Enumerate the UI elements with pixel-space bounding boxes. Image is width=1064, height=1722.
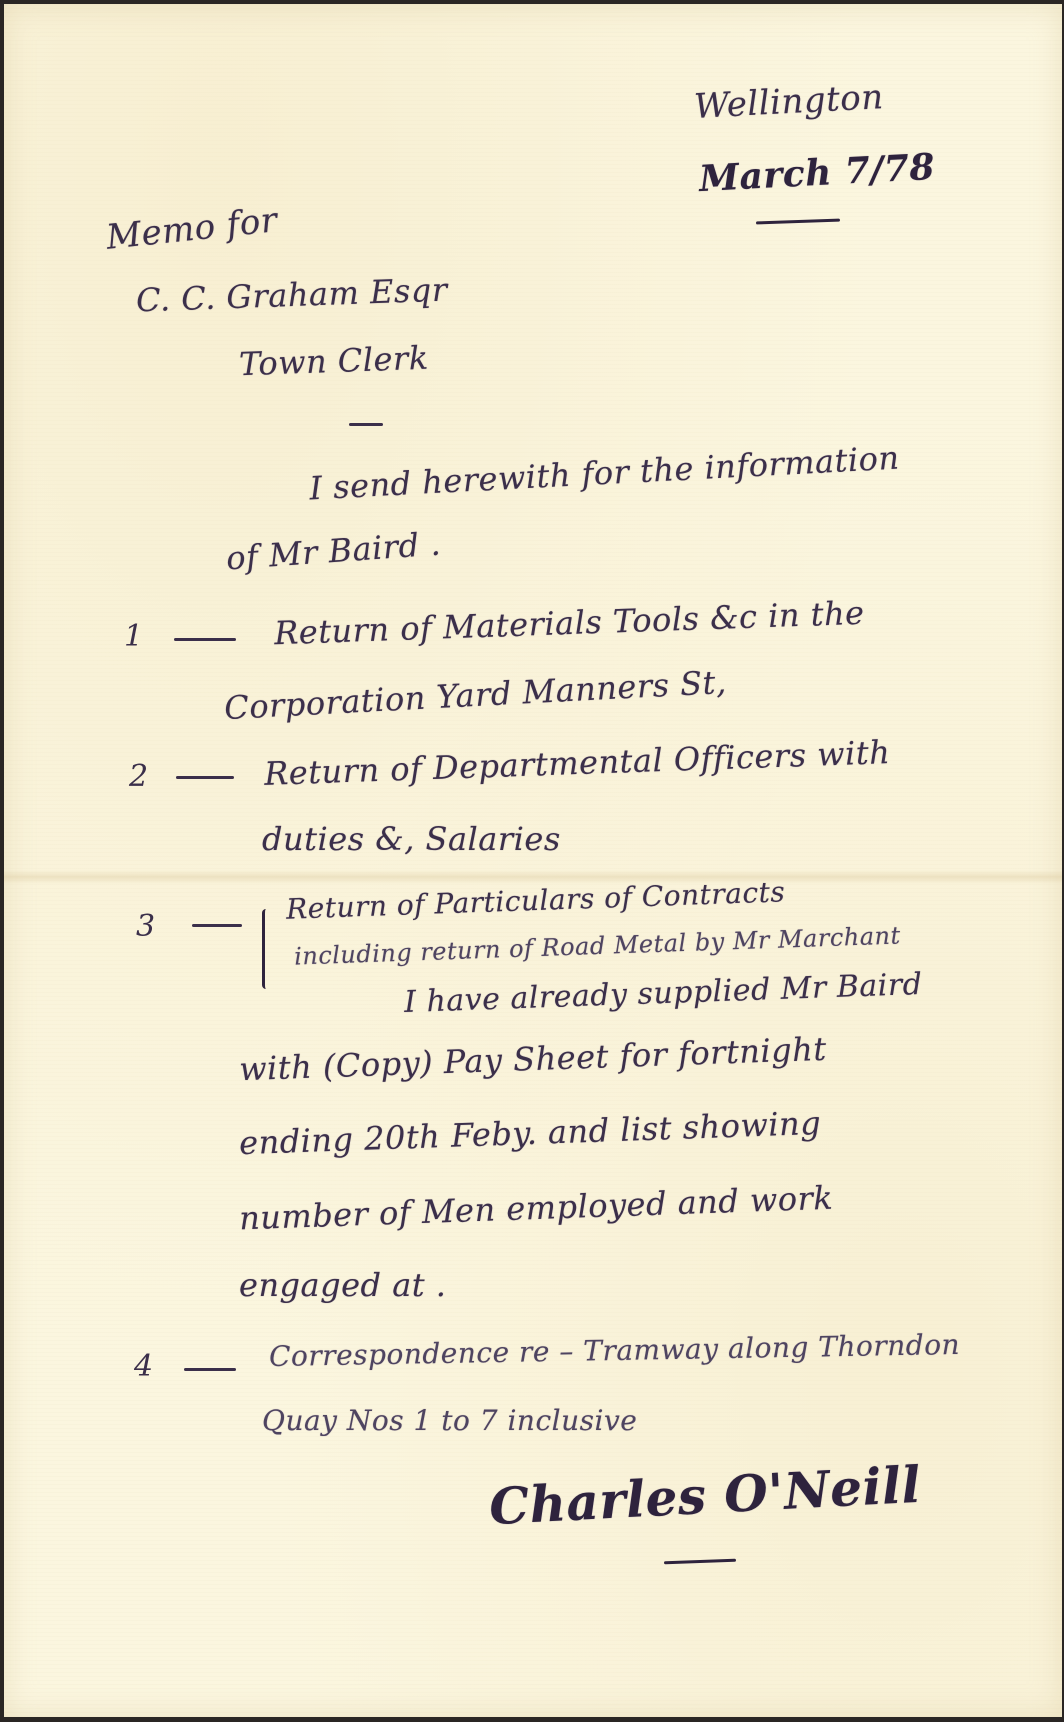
- intro-line-1: I send herewith for the information: [308, 439, 900, 508]
- item-3-line-4: with (Copy) Pay Sheet for fortnight: [239, 1030, 828, 1088]
- item-1-number: 1: [124, 619, 143, 654]
- item-2-line-1: Return of Departmental Officers with: [264, 733, 891, 793]
- item-1-line-2: Corporation Yard Manners St,: [223, 663, 727, 727]
- date-underline: [756, 219, 840, 225]
- signature-flourish: [664, 1559, 736, 1565]
- memo-for-label: Memo for: [104, 200, 279, 258]
- date-heading: March 7/78: [698, 146, 936, 200]
- signature: Charles O'Neill: [488, 1455, 923, 1537]
- item-3-line-5: ending 20th Feby. and list showing: [239, 1104, 822, 1162]
- item-3-line-6: number of Men employed and work: [239, 1179, 834, 1238]
- item-4-line-1: Correspondence re – Tramway along Thornd…: [269, 1328, 961, 1373]
- item-4-line-2: Quay Nos 1 to 7 inclusive: [262, 1404, 637, 1437]
- item-3-dash: [192, 924, 242, 927]
- item-2-line-2: duties &, Salaries: [262, 820, 561, 858]
- intro-line-2: of Mr Baird .: [225, 525, 442, 578]
- memo-page: Wellington March 7/78 Memo for C. C. Gra…: [4, 4, 1062, 1717]
- item-3-number: 3: [136, 909, 155, 944]
- item-2-dash: [176, 776, 234, 779]
- item-4-dash: [184, 1368, 236, 1371]
- item-4-number: 4: [134, 1349, 153, 1384]
- item-3-line-7: engaged at .: [239, 1266, 446, 1304]
- paper-fold-line: [4, 870, 1062, 884]
- item-2-number: 2: [129, 759, 148, 794]
- item-3-line-2: including return of Road Metal by Mr Mar…: [294, 921, 901, 970]
- item-3-brace: [262, 909, 271, 989]
- separator-dash: [349, 423, 383, 426]
- item-3-line-3: I have already supplied Mr Baird: [404, 967, 923, 1020]
- item-1-line-1: Return of Materials Tools &c in the: [274, 594, 866, 653]
- recipient-name: C. C. Graham Esqr: [135, 271, 448, 320]
- recipient-title: Town Clerk: [238, 339, 429, 384]
- item-1-dash: [174, 638, 236, 641]
- place-heading: Wellington: [693, 77, 884, 127]
